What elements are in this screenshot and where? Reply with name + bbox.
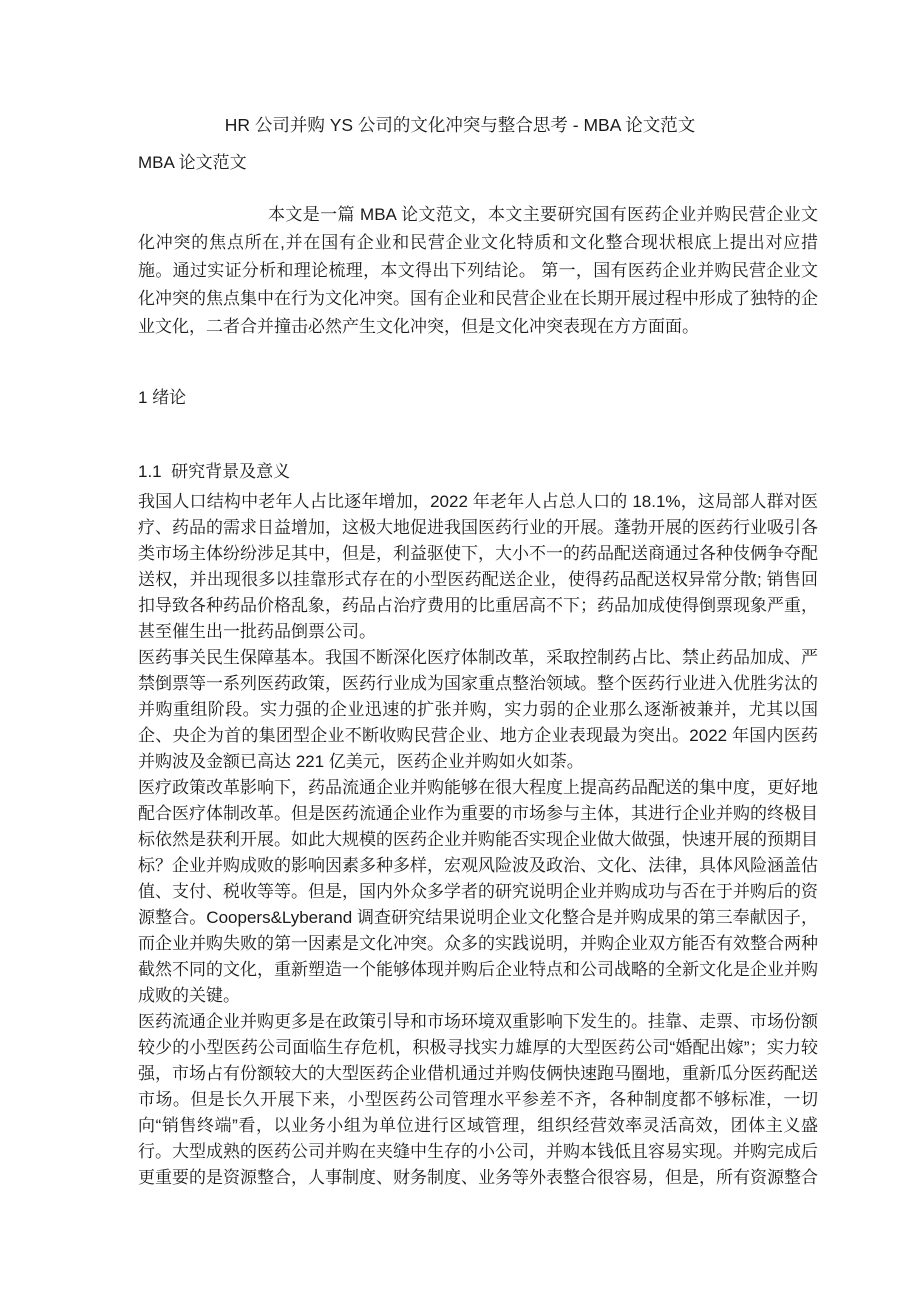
body-paragraph-1: 我国人口结构中老年人占比逐年增加，2022 年老年人占总人口的 18.1%，这局… — [138, 489, 818, 645]
body-paragraph-2: 医药事关民生保障基本。我国不断深化医疗体制改革，采取控制药占比、禁止药品加成、严… — [138, 645, 818, 775]
body-paragraph-4: 医药流通企业并购更多是在政策引导和市场环境双重影响下发生的。挂靠、走票、市场份额… — [138, 1009, 818, 1191]
category-label: MBA 论文范文 — [138, 150, 818, 176]
document-page: HR 公司并购 YS 公司的文化冲突与整合思考 - MBA 论文范文 MBA 论… — [0, 0, 920, 1302]
document-title: HR 公司并购 YS 公司的文化冲突与整合思考 - MBA 论文范文 — [102, 112, 818, 138]
body-paragraph-3: 医疗政策改革影响下，药品流通企业并购能够在很大程度上提高药品配送的集中度，更好地… — [138, 775, 818, 1009]
section-heading-introduction: 1 绪论 — [138, 385, 818, 411]
subsection-heading-research-background: 1.1 研究背景及意义 — [138, 459, 818, 485]
abstract-paragraph: 本文是一篇 MBA 论文范文，本文主要研究国有医药企业并购民营企业文化冲突的焦点… — [138, 201, 818, 341]
